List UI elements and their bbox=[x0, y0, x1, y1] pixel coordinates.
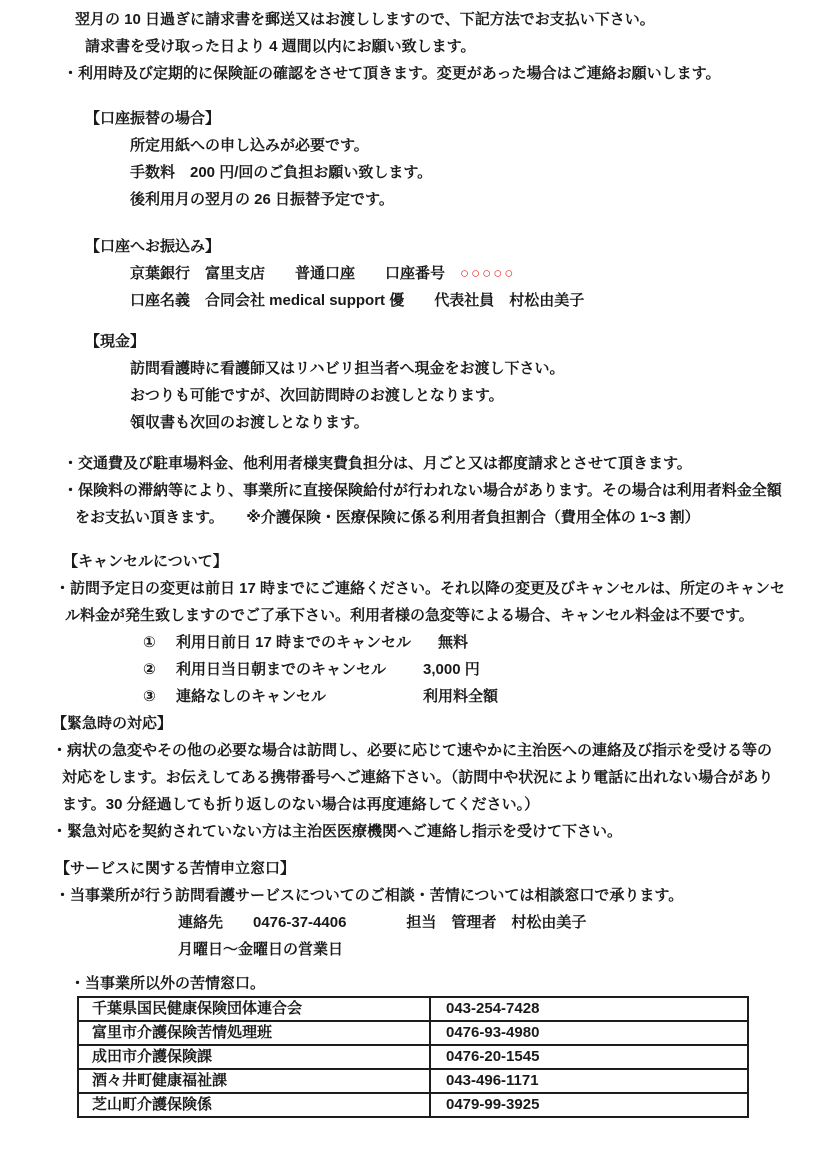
complaint-intro-line: ・当事業所が行う訪問看護サービスについてのご相談・苦情については相談窓口で承りま… bbox=[55, 882, 820, 909]
cancel-item-number: ① bbox=[143, 629, 176, 656]
org-phone-cell: 043-254-7428 bbox=[430, 997, 748, 1021]
bank-transfer-line-date: 後利用月の翌月の 26 日振替予定です。 bbox=[130, 186, 820, 213]
complaint-hours-line: 月曜日～金曜日の営業日 bbox=[178, 936, 820, 963]
cancel-fee-item: ③連絡なしのキャンセル利用料全額 bbox=[143, 683, 820, 710]
org-name-cell: 芝山町介護保険係 bbox=[78, 1093, 430, 1117]
cancel-fee-item: ①利用日前日 17 時までのキャンセル 無料 bbox=[143, 629, 820, 656]
bank-account-name-line: 口座名義 合同会社 medical support 優 代表社員 村松由美子 bbox=[130, 287, 820, 314]
org-phone-cell: 043-496-1171 bbox=[430, 1069, 748, 1093]
external-complaint-line: ・当事業所以外の苦情窓口。 bbox=[70, 974, 820, 994]
emergency-header: 【緊急時の対応】 bbox=[52, 710, 820, 737]
intro-line-billing: 翌月の 10 日過ぎに請求書を郵送又はお渡ししますので、下記方法でお支払い下さい… bbox=[75, 6, 820, 33]
table-row: 酒々井町健康福祉課 043-496-1171 bbox=[78, 1069, 748, 1093]
table-row: 富里市介護保険苦情処理班 0476-93-4980 bbox=[78, 1021, 748, 1045]
table-row: 芝山町介護保険係 0479-99-3925 bbox=[78, 1093, 748, 1117]
bank-transfer-line-fee: 手数料 200 円/回のご負担お願い致します。 bbox=[130, 159, 820, 186]
emergency-line2: 対応をします。お伝えしてある携帯番号へご連絡下さい。（訪問中や状況により電話に出… bbox=[62, 764, 820, 791]
org-phone-cell: 0479-99-3925 bbox=[430, 1093, 748, 1117]
emergency-line1: ・病状の急変やその他の必要な場合は訪問し、必要に応じて速やかに主治医への連絡及び… bbox=[52, 737, 820, 764]
complaint-contact-line: 連絡先 0476-37-4406 担当 管理者 村松由美子 bbox=[178, 909, 820, 936]
external-complaint-table: 千葉県国民健康保険団体連合会 043-254-7428 富里市介護保険苦情処理班… bbox=[77, 996, 749, 1118]
table-row: 千葉県国民健康保険団体連合会 043-254-7428 bbox=[78, 997, 748, 1021]
account-number-placeholder: ○○○○○ bbox=[460, 265, 515, 282]
bank-transfer-line-form: 所定用紙への申し込みが必要です。 bbox=[130, 132, 820, 159]
bank-account-number-line: 京葉銀行 富里支店 普通口座 口座番号 ○○○○○ bbox=[130, 260, 820, 287]
cancel-item-fee: 利用料全額 bbox=[423, 683, 498, 710]
fees-line-arrears: ・保険料の滞納等により、事業所に直接保険給付が行われない場合があります。その場合… bbox=[63, 477, 820, 504]
emergency-line3: ます。30 分経過しても折り返しのない場合は再度連絡してください。） bbox=[62, 791, 820, 818]
cancel-item-label: 利用日当日朝までのキャンセル bbox=[176, 656, 423, 683]
bank-account-header: 【口座へお振込み】 bbox=[85, 233, 820, 260]
cash-header: 【現金】 bbox=[85, 328, 820, 355]
cash-line-handover: 訪問看護時に看護師又はリハビリ担当者へ現金をお渡し下さい。 bbox=[130, 355, 820, 382]
cancellation-policy-line2: ル料金が発生致しますのでご了承下さい。利用者様の急変等による場合、キャンセル料金… bbox=[65, 602, 820, 629]
cancellation-header: 【キャンセルについて】 bbox=[63, 548, 820, 575]
emergency-line4: ・緊急対応を契約されていない方は主治医医療機関へご連絡し指示を受けて下さい。 bbox=[52, 818, 820, 845]
fees-line-arrears-cont: をお支払い頂きます。 ※介護保険・医療保険に係る利用者負担割合（費用全体の 1~… bbox=[75, 504, 820, 531]
cash-line-change: おつりも可能ですが、次回訪問時のお渡しとなります。 bbox=[130, 382, 820, 409]
complaint-header: 【サービスに関する苦情申立窓口】 bbox=[55, 855, 820, 882]
table-row: 成田市介護保険課 0476-20-1545 bbox=[78, 1045, 748, 1069]
bank-transfer-header: 【口座振替の場合】 bbox=[85, 105, 820, 132]
org-name-cell: 富里市介護保険苦情処理班 bbox=[78, 1021, 430, 1045]
cancel-item-label: 利用日前日 17 時までのキャンセル bbox=[176, 629, 423, 656]
cancellation-policy-line1: ・訪問予定日の変更は前日 17 時までにご連絡ください。それ以降の変更及びキャン… bbox=[55, 575, 820, 602]
org-name-cell: 酒々井町健康福祉課 bbox=[78, 1069, 430, 1093]
cancel-fee-item: ②利用日当日朝までのキャンセル3,000 円 bbox=[143, 656, 820, 683]
org-phone-cell: 0476-20-1545 bbox=[430, 1045, 748, 1069]
cash-line-receipt: 領収書も次回のお渡しとなります。 bbox=[130, 409, 820, 436]
org-name-cell: 千葉県国民健康保険団体連合会 bbox=[78, 997, 430, 1021]
fees-line-transport: ・交通費及び駐車場料金、他利用者様実費負担分は、月ごと又は都度請求とさせて頂きま… bbox=[63, 450, 820, 477]
cancel-item-number: ③ bbox=[143, 683, 176, 710]
org-name-cell: 成田市介護保険課 bbox=[78, 1045, 430, 1069]
document-page: 翌月の 10 日過ぎに請求書を郵送又はお渡ししますので、下記方法でお支払い下さい… bbox=[0, 0, 820, 1118]
cancel-item-number: ② bbox=[143, 656, 176, 683]
intro-line-deadline: 請求書を受け取った日より 4 週間以内にお願い致します。 bbox=[85, 33, 820, 60]
org-phone-cell: 0476-93-4980 bbox=[430, 1021, 748, 1045]
intro-line-insurance: ・利用時及び定期的に保険証の確認をさせて頂きます。変更があった場合はご連絡お願い… bbox=[63, 60, 820, 87]
bank-branch-text: 京葉銀行 富里支店 普通口座 口座番号 bbox=[130, 265, 460, 282]
cancel-item-fee: 無料 bbox=[423, 629, 468, 656]
cancel-item-fee: 3,000 円 bbox=[423, 656, 480, 683]
cancel-item-label: 連絡なしのキャンセル bbox=[176, 683, 423, 710]
